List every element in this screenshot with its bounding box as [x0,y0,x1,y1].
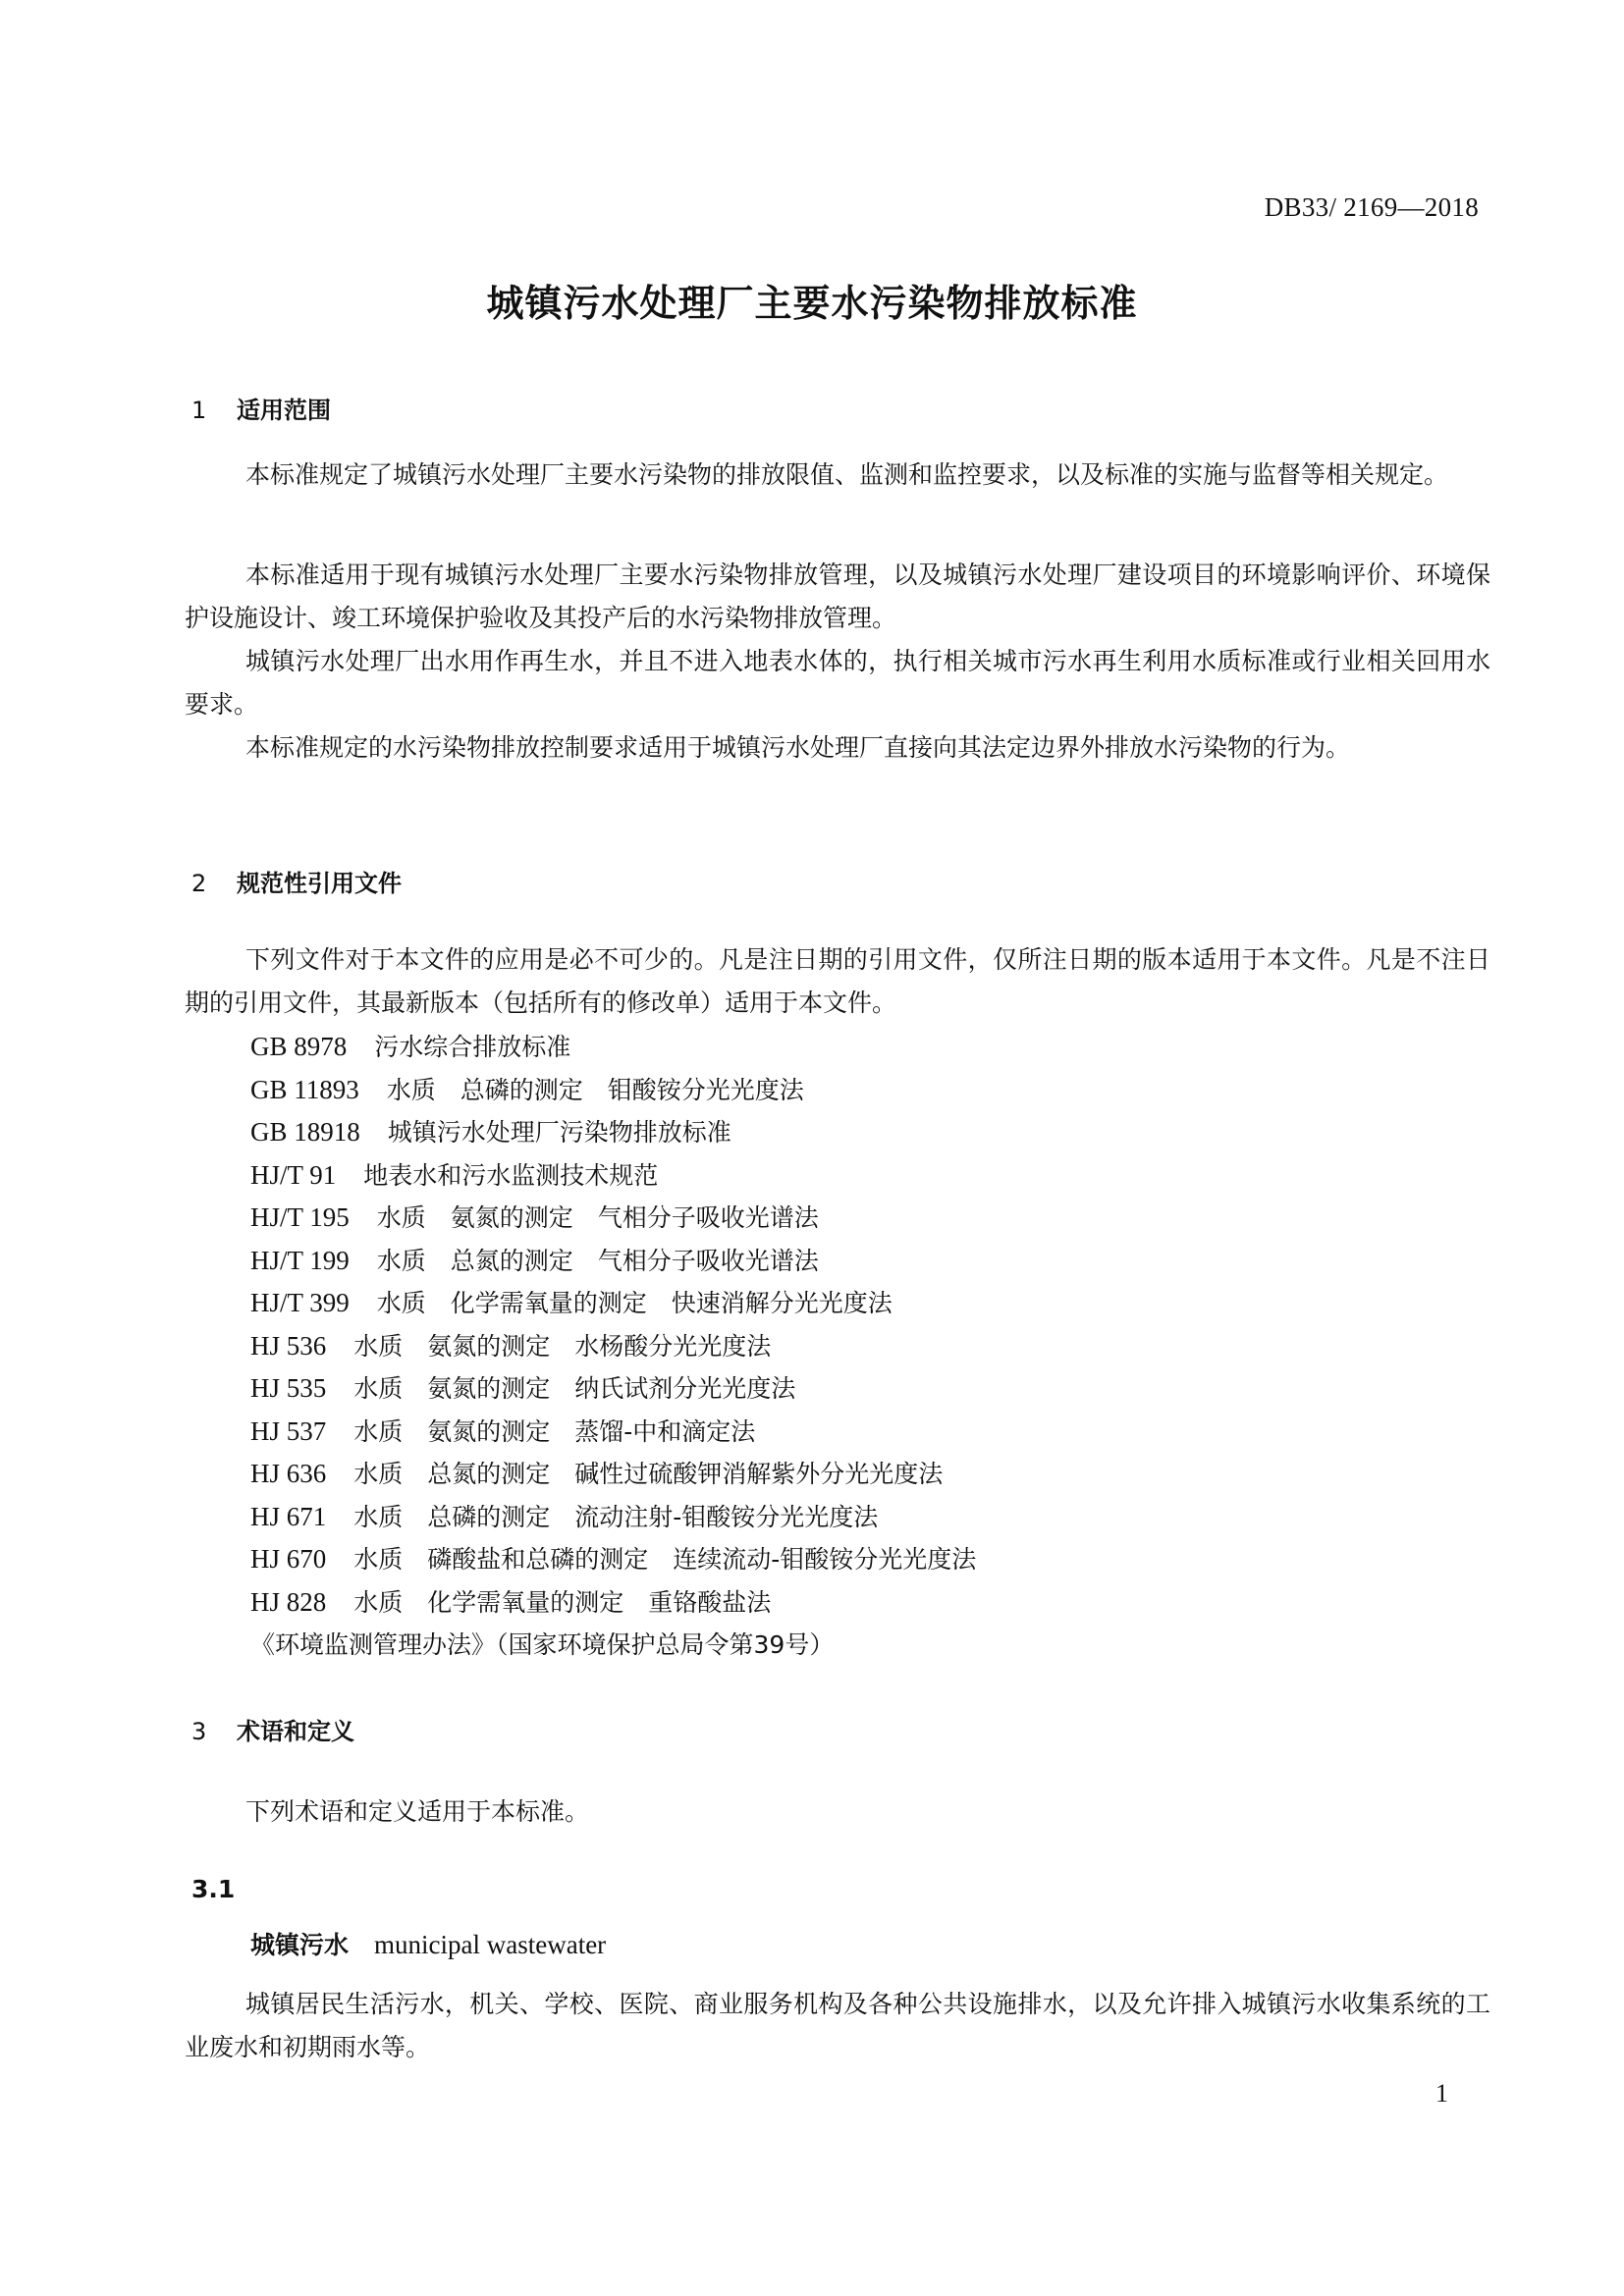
reference-item: HJ/T 199水质 总氮的测定 气相分子吸收光谱法 [250,1240,976,1283]
reference-text: 水质 总氮的测定 碱性过硫酸钾消解紫外分光光度法 [353,1460,943,1488]
reference-text: 地表水和污水监测技术规范 [363,1161,658,1190]
reference-item: HJ 537水质 氨氮的测定 蒸馏-中和滴定法 [250,1411,976,1454]
standard-code: DB33/ 2169—2018 [1265,192,1479,223]
reference-item: GB 11893水质 总磷的测定 钼酸铵分光光度法 [250,1069,976,1112]
reference-item: HJ 535水质 氨氮的测定 纳氏试剂分光光度法 [250,1367,976,1411]
reference-code: HJ 537 [250,1416,326,1446]
document-title: 城镇污水处理厂主要水污染物排放标准 [0,273,1624,327]
reference-text: 水质 氨氮的测定 蒸馏-中和滴定法 [353,1417,755,1446]
reference-code: HJ 671 [250,1502,326,1531]
reference-code: HJ/T 195 [250,1202,350,1232]
reference-code: HJ/T 199 [250,1246,350,1275]
paragraph: 城镇污水处理厂出水用作再生水，并且不进入地表水体的，执行相关城市污水再生利用水质… [185,640,1490,726]
reference-text: 水质 氨氮的测定 气相分子吸收光谱法 [377,1203,819,1232]
reference-text: 水质 总磷的测定 流动注射-钼酸铵分光光度法 [353,1503,878,1531]
paragraph: 本标准规定了城镇污水处理厂主要水污染物的排放限值、监测和监控要求，以及标准的实施… [185,454,1490,497]
term-english: municipal wastewater [374,1930,606,1959]
paragraph: 本标准规定的水污染物排放控制要求适用于城镇污水处理厂直接向其法定边界外排放水污染… [185,726,1490,770]
section-title: 规范性引用文件 [237,870,402,897]
section-title: 术语和定义 [237,1718,354,1745]
term-definition: 城镇居民生活污水，机关、学校、医院、商业服务机构及各种公共设施排水，以及允许排入… [185,1983,1490,2069]
reference-item: HJ/T 91地表水和污水监测技术规范 [250,1154,976,1198]
reference-item: HJ/T 195水质 氨氮的测定 气相分子吸收光谱法 [250,1197,976,1240]
reference-item: HJ 670水质 磷酸盐和总磷的测定 连续流动-钼酸铵分光光度法 [250,1538,976,1581]
reference-text: 污水综合排放标准 [374,1033,570,1061]
reference-text: 水质 化学需氧量的测定 快速消解分光光度法 [377,1289,893,1317]
reference-list: GB 8978污水综合排放标准 GB 11893水质 总磷的测定 钼酸铵分光光度… [250,1026,976,1667]
reference-code: HJ 670 [250,1544,326,1574]
paragraph: 下列术语和定义适用于本标准。 [185,1790,1490,1834]
section-1-heading: 1适用范围 [191,391,331,425]
reference-text: 水质 氨氮的测定 水杨酸分光光度法 [353,1332,771,1361]
subsection-number: 3.1 [191,1875,235,1903]
reference-text: 水质 总氮的测定 气相分子吸收光谱法 [377,1247,819,1275]
term-chinese: 城镇污水 [250,1931,349,1959]
reference-text: 水质 化学需氧量的测定 重铬酸盐法 [353,1588,771,1617]
reference-item: GB 8978污水综合排放标准 [250,1026,976,1069]
reference-code: HJ 536 [250,1331,326,1361]
reference-item: HJ 671水质 总磷的测定 流动注射-钼酸铵分光光度法 [250,1496,976,1539]
section-number: 2 [191,870,237,897]
reference-item: 《环境监测管理办法》（国家环境保护总局令第39号） [250,1624,976,1667]
reference-item: GB 18918城镇污水处理厂污染物排放标准 [250,1111,976,1154]
reference-code: HJ/T 91 [250,1160,336,1190]
reference-code: GB 11893 [250,1075,359,1104]
reference-text: 水质 氨氮的测定 纳氏试剂分光光度法 [353,1374,795,1403]
reference-code: GB 8978 [250,1032,347,1061]
reference-text: 城镇污水处理厂污染物排放标准 [388,1118,731,1147]
reference-text: 水质 总磷的测定 钼酸铵分光光度法 [387,1076,804,1104]
reference-text: 水质 磷酸盐和总磷的测定 连续流动-钼酸铵分光光度法 [353,1545,976,1574]
paragraph: 本标准适用于现有城镇污水处理厂主要水污染物排放管理，以及城镇污水处理厂建设项目的… [185,554,1490,640]
reference-code: HJ 636 [250,1459,326,1488]
paragraph: 下列文件对于本文件的应用是必不可少的。凡是注日期的引用文件，仅所注日期的版本适用… [185,938,1490,1025]
section-2-heading: 2规范性引用文件 [191,864,402,898]
section-3-heading: 3术语和定义 [191,1712,354,1746]
section-title: 适用范围 [237,397,331,424]
reference-code: HJ/T 399 [250,1288,350,1317]
section-number: 3 [191,1718,237,1745]
reference-item: HJ 636水质 总氮的测定 碱性过硫酸钾消解紫外分光光度法 [250,1453,976,1496]
reference-text: 《环境监测管理办法》（国家环境保护总局令第39号） [250,1630,834,1659]
reference-item: HJ 536水质 氨氮的测定 水杨酸分光光度法 [250,1325,976,1368]
reference-code: GB 18918 [250,1117,360,1147]
reference-item: HJ/T 399水质 化学需氧量的测定 快速消解分光光度法 [250,1282,976,1325]
reference-item: HJ 828水质 化学需氧量的测定 重铬酸盐法 [250,1581,976,1625]
term-entry: 城镇污水municipal wastewater [250,1926,606,1961]
reference-code: HJ 828 [250,1587,326,1617]
section-number: 1 [191,397,237,424]
reference-code: HJ 535 [250,1373,326,1403]
page-number: 1 [1435,2079,1448,2109]
